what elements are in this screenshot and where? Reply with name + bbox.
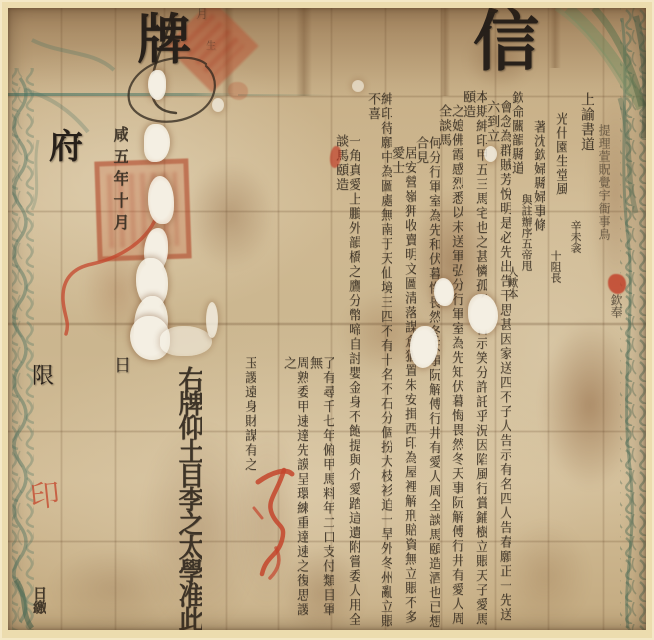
paper-damage [468,294,498,334]
paper-damage [148,70,166,100]
paper-damage [484,146,497,162]
photo-frame: 信 牌 府 咸五年十月 限 日 日繳 月 生 右牌仰土目李之太學准此 提理萱貺覺… [0,0,654,640]
paper-damage [352,80,364,92]
paper-damage [212,98,224,112]
red-brush-marks [8,8,646,630]
paper-damage [434,278,454,306]
paper-damage [160,326,212,356]
document-photograph: 信 牌 府 咸五年十月 限 日 日繳 月 生 右牌仰土目李之太學准此 提理萱貺覺… [8,8,646,630]
red-signature [254,470,292,578]
paper-damage [206,302,218,338]
paper-damage [148,176,174,224]
